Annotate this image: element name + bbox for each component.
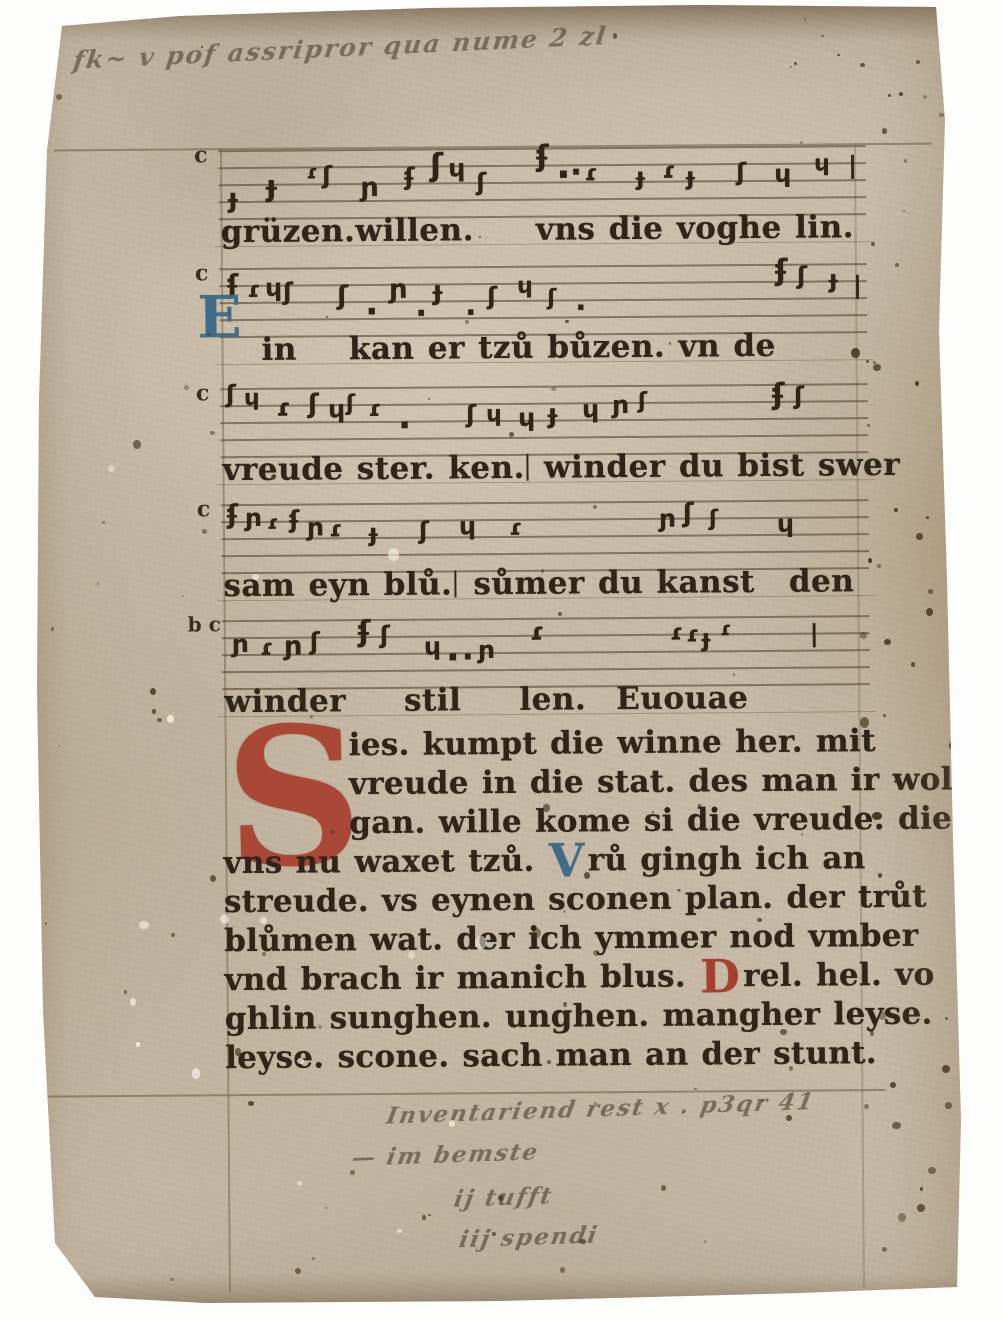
stain-spot	[926, 516, 930, 519]
stain-spot	[757, 918, 762, 923]
stain-spot	[860, 63, 865, 67]
stain-spot	[593, 950, 598, 955]
stain-spot	[615, 931, 621, 937]
stain-spot	[804, 18, 807, 20]
stain-spot	[207, 333, 210, 336]
stain-spot	[479, 236, 481, 238]
stain-spot	[397, 1229, 402, 1233]
stain-spot	[560, 1267, 565, 1272]
stain-spot	[917, 1204, 925, 1211]
stain-spot	[746, 221, 749, 224]
stain-spot	[949, 741, 957, 750]
stain-spot	[879, 1011, 887, 1020]
stain-spot	[870, 1031, 874, 1035]
stain-spot	[761, 1099, 764, 1102]
stain-spot	[532, 928, 541, 938]
stain-spot	[755, 893, 758, 896]
stain-spot	[780, 1029, 787, 1035]
stain-spot	[97, 582, 100, 584]
stain-spot	[428, 398, 430, 400]
stain-spot	[920, 1187, 924, 1191]
stain-spot	[428, 1214, 431, 1217]
stain-spot	[136, 1042, 140, 1046]
stain-spot	[133, 440, 141, 449]
stain-spot	[56, 94, 63, 101]
stain-spot	[704, 1240, 707, 1243]
stain-spot	[888, 94, 891, 97]
stain-spot	[551, 387, 556, 391]
stain-spot	[869, 1029, 872, 1032]
stain-spot	[872, 812, 882, 820]
stain-spot	[854, 1052, 858, 1056]
stain-spot	[299, 699, 303, 703]
stain-spot	[871, 242, 875, 246]
stain-spot	[899, 92, 903, 96]
stain-spot	[694, 1088, 696, 1090]
stain-spot	[801, 833, 803, 836]
stain-spot	[102, 521, 105, 524]
stain-spot	[884, 639, 891, 645]
stain-spot	[331, 830, 335, 833]
stain-spot	[297, 1181, 302, 1186]
stain-spot	[108, 465, 115, 472]
stain-spot	[790, 66, 792, 68]
stain-spot	[498, 1195, 503, 1201]
stain-spot	[563, 1002, 568, 1007]
stain-spot	[669, 342, 671, 344]
stain-spot	[928, 589, 933, 593]
stain-spot	[271, 474, 276, 480]
stain-spot	[167, 715, 174, 724]
stain-spot	[192, 1068, 201, 1078]
stain-spot	[312, 1257, 316, 1260]
stain-spot	[124, 990, 127, 994]
stain-spot	[868, 558, 873, 563]
stain-spot	[837, 54, 839, 56]
stain-spot	[894, 780, 898, 783]
stain-spot	[593, 505, 596, 509]
stain-spot	[883, 714, 886, 717]
stain-spot	[150, 688, 156, 695]
stain-spot	[926, 608, 934, 617]
stain-spot	[252, 574, 259, 580]
stain-spot	[860, 717, 869, 728]
stain-spot	[408, 951, 415, 959]
stain-spot	[58, 745, 60, 747]
stain-spot	[263, 646, 268, 651]
stain-spot	[563, 910, 566, 913]
stain-spot	[661, 1185, 666, 1191]
stain-spot	[882, 1247, 887, 1252]
stain-spot	[734, 700, 738, 704]
stain-spot	[916, 533, 923, 540]
stain-spot	[942, 452, 945, 455]
stain-spot	[882, 128, 887, 134]
stain-spot	[873, 364, 881, 371]
stain-spot	[260, 917, 267, 924]
stain-spot	[911, 662, 915, 667]
stain-spot	[45, 922, 47, 924]
stain-spot	[800, 141, 803, 145]
stain-spot	[220, 914, 230, 925]
stain-spot	[325, 1207, 327, 1209]
stain-spot	[543, 804, 550, 812]
stain-spot	[475, 936, 487, 949]
stain-spot	[201, 46, 204, 48]
stain-spot	[939, 113, 944, 118]
stain-spot	[915, 381, 919, 386]
stain-spot	[878, 873, 882, 878]
stain-spot	[877, 564, 881, 568]
stain-spot	[867, 424, 870, 426]
stain-spot	[894, 508, 898, 512]
stain-spot	[613, 33, 618, 38]
stain-spot	[182, 595, 184, 597]
stain-spot	[184, 385, 189, 391]
stain-spot	[860, 632, 867, 638]
stain-spot	[923, 95, 927, 99]
stain-spot	[310, 715, 313, 719]
stain-spot	[210, 431, 215, 435]
stain-spot	[821, 35, 823, 37]
stain-spot	[584, 872, 590, 879]
scanned-manuscript-image: fk~ v pof assripror qua nume 2 zl cɟɟɾʃɲ…	[0, 0, 1003, 1319]
stain-spot	[942, 1065, 950, 1073]
stain-spot	[152, 709, 156, 714]
stain-spot	[492, 1232, 496, 1236]
stain-spot	[565, 320, 569, 324]
stain-spot	[652, 811, 654, 813]
stain-spot	[262, 952, 266, 956]
stain-spot	[388, 548, 399, 561]
manuscript-page: fk~ v pof assripror qua nume 2 zl cɟɟɾʃɲ…	[0, 0, 1003, 1319]
stain-spot	[210, 875, 216, 882]
stain-spot	[866, 360, 869, 363]
stain-spot	[904, 159, 908, 163]
stain-spot	[295, 1268, 301, 1274]
stain-spot	[580, 1239, 586, 1244]
stain-spot	[786, 1115, 792, 1121]
stain-spot	[928, 1167, 937, 1175]
stain-spot	[698, 804, 701, 807]
stain-spot	[449, 1120, 455, 1126]
stain-spot	[318, 1025, 322, 1029]
stain-spot	[202, 529, 207, 533]
stain-spot	[51, 627, 54, 631]
stain-spot	[789, 1066, 793, 1071]
stain-spot	[945, 1017, 948, 1020]
stain-spot	[130, 998, 137, 1005]
stain-spot	[438, 706, 441, 709]
stain-spot	[945, 1102, 951, 1109]
stain-spot	[594, 1102, 597, 1105]
stain-spot	[235, 1048, 241, 1056]
stain-spot	[422, 1215, 427, 1219]
stain-spot	[509, 432, 514, 438]
stain-spot	[171, 933, 175, 937]
stain-spot	[892, 1122, 901, 1129]
stain-spot	[733, 673, 736, 676]
stain-spot	[157, 718, 161, 722]
stain-spot	[170, 1278, 174, 1282]
stain-spot	[465, 320, 470, 324]
stain-layer	[0, 0, 1003, 1319]
stain-spot	[541, 569, 544, 573]
stain-spot	[326, 316, 328, 318]
stain-spot	[139, 921, 149, 929]
stain-spot	[558, 612, 562, 616]
stain-spot	[898, 1213, 907, 1223]
stain-spot	[248, 1101, 254, 1106]
stain-spot	[903, 210, 905, 212]
stain-spot	[547, 1060, 551, 1064]
stain-spot	[851, 348, 860, 359]
stain-spot	[890, 1082, 896, 1088]
stain-spot	[297, 1058, 304, 1064]
stain-spot	[794, 62, 797, 65]
stain-spot	[350, 1170, 355, 1174]
stain-spot	[864, 1104, 869, 1109]
stain-spot	[916, 60, 920, 64]
stain-spot	[895, 263, 899, 267]
